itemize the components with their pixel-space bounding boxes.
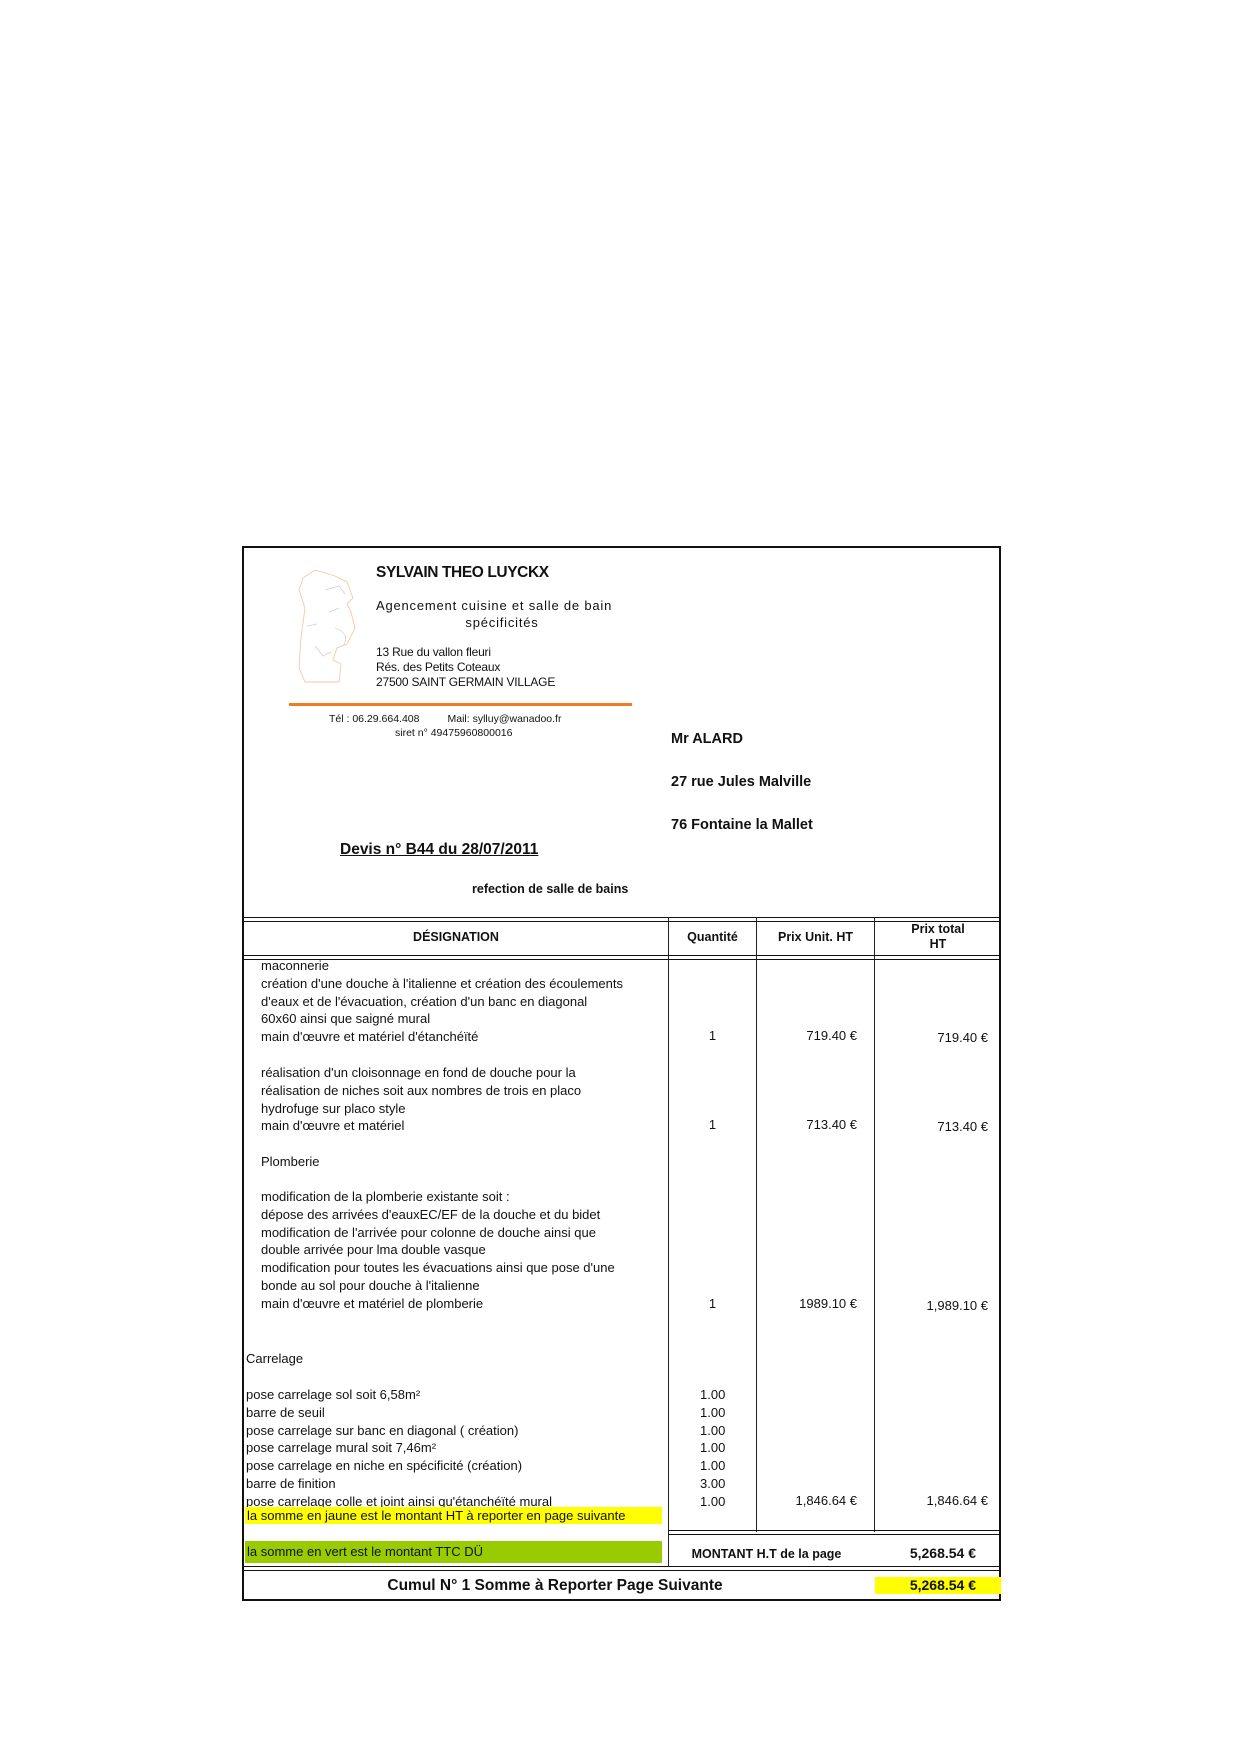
description-line: pose carrelage en niche en spécificité (…	[246, 1457, 552, 1475]
client-city: 76 Fontaine la Mallet	[671, 817, 813, 833]
description-line: double arrivée pour lma double vasque	[261, 1241, 615, 1259]
row-quantity: 3.00	[700, 1475, 725, 1493]
column-header-total: Prix total HT	[875, 922, 1001, 952]
column-header-total-line1: Prix total	[875, 922, 1001, 937]
client-street: 27 rue Jules Malville	[671, 774, 811, 790]
table-row-description: modification de la plomberie existante s…	[261, 1188, 615, 1313]
page-total-label: MONTANT H.T de la page	[668, 1547, 865, 1561]
cumul-rule	[244, 1566, 1001, 1571]
column-header-designation: DÉSIGNATION	[244, 930, 668, 944]
row-unit-price: 1,846.64 €	[757, 1493, 857, 1508]
row-unit-price: 1989.10 €	[757, 1296, 857, 1311]
column-header-unit-price: Prix Unit. HT	[757, 930, 874, 944]
description-line: réalisation de niches soit aux nombres d…	[261, 1082, 581, 1100]
description-line: main d'œuvre et matériel d'étanchéïté	[261, 1028, 623, 1046]
row-quantity: 1	[669, 1028, 756, 1043]
description-line: barre de seuil	[246, 1404, 552, 1422]
row-quantity: 1.00	[700, 1493, 725, 1511]
description-line: modification de l'arrivée pour colonne d…	[261, 1224, 615, 1242]
carrelage-quantities: 1.00 1.00 1.00 1.00 1.00 3.00 1.00	[700, 1386, 725, 1511]
row-quantity: 1	[669, 1117, 756, 1132]
description-line: création d'une douche à l'italienne et c…	[261, 975, 623, 993]
description-line: maconnerie	[261, 957, 623, 975]
company-contact: Tél : 06.29.664.408Mail: sylluy@wanadoo.…	[329, 713, 561, 725]
description-line: pose carrelage sur banc en diagonal ( cr…	[246, 1422, 552, 1440]
company-phone: Tél : 06.29.664.408	[329, 713, 420, 725]
description-line: dépose des arrivées d'eauxEC/EF de la do…	[261, 1206, 615, 1224]
description-line: hydrofuge sur placo style	[261, 1100, 581, 1118]
description-line: 60x60 ainsi que saigné mural	[261, 1010, 623, 1028]
description-line: bonde au sol pour douche à l'italienne	[261, 1277, 615, 1295]
table-row-description: maconnerie création d'une douche à l'ita…	[261, 957, 623, 1046]
row-total: 1,989.10 €	[875, 1298, 988, 1313]
subtotal-rule	[668, 1530, 1001, 1535]
row-quantity: 1.00	[700, 1457, 725, 1475]
company-tagline-2: spécificités	[376, 615, 628, 630]
cumul-value: 5,268.54 €	[868, 1577, 976, 1594]
column-header-quantity: Quantité	[669, 930, 756, 944]
row-quantity: 1.00	[700, 1422, 725, 1440]
company-name: SYLVAIN THEO LUYCKX	[376, 564, 549, 582]
cumul-label: Cumul N° 1 Somme à Reporter Page Suivant…	[245, 1577, 865, 1595]
description-line: pose carrelage sol soit 6,58m²	[246, 1386, 552, 1404]
company-address-line: 27500 SAINT GERMAIN VILLAGE	[376, 675, 555, 689]
row-total: 713.40 €	[875, 1119, 988, 1134]
description-line: d'eaux et de l'évacuation, création d'un…	[261, 993, 623, 1011]
row-quantity: 1.00	[700, 1386, 725, 1404]
note-yellow-ht: la somme en jaune est le montant HT à re…	[245, 1507, 662, 1524]
column-header-total-line2: HT	[875, 937, 1001, 952]
row-quantity: 1.00	[700, 1404, 725, 1422]
section-heading-plomberie: Plomberie	[261, 1153, 320, 1171]
page-total-value: 5,268.54 €	[868, 1545, 976, 1561]
row-total: 1,846.64 €	[875, 1493, 988, 1508]
company-address-line: Rés. des Petits Coteaux	[376, 660, 500, 674]
column-divider	[756, 917, 757, 1532]
row-quantity: 1.00	[700, 1439, 725, 1457]
table-row-description: réalisation d'un cloisonnage en fond de …	[261, 1064, 581, 1135]
company-tagline: Agencement cuisine et salle de bain	[376, 598, 612, 613]
section-heading-carrelage: Carrelage	[246, 1350, 303, 1368]
description-line: main d'œuvre et matériel de plomberie	[261, 1295, 615, 1313]
row-total: 719.40 €	[875, 1030, 988, 1045]
note-green-ttc: la somme en vert est le montant TTC DÜ	[245, 1541, 662, 1563]
row-quantity: 1	[669, 1296, 756, 1311]
description-line: barre de finition	[246, 1475, 552, 1493]
quote-title: Devis n° B44 du 28/07/2011	[340, 841, 538, 859]
description-line: modification de la plomberie existante s…	[261, 1188, 615, 1206]
quote-subject: refection de salle de bains	[472, 882, 628, 896]
company-address-line: 13 Rue du vallon fleuri	[376, 645, 491, 659]
company-mail: Mail: sylluy@wanadoo.fr	[448, 713, 562, 725]
stl-monogram-logo-icon	[295, 568, 375, 688]
column-divider	[668, 917, 669, 1532]
header-divider	[289, 703, 632, 706]
row-unit-price: 713.40 €	[757, 1117, 857, 1132]
company-siret: siret n° 49475960800016	[395, 727, 512, 739]
row-unit-price: 719.40 €	[757, 1028, 857, 1043]
description-line: main d'œuvre et matériel	[261, 1117, 581, 1135]
column-divider	[874, 917, 875, 1532]
carrelage-items: pose carrelage sol soit 6,58m² barre de …	[246, 1386, 552, 1511]
description-line: pose carrelage mural soit 7,46m²	[246, 1439, 552, 1457]
client-name: Mr ALARD	[671, 731, 743, 747]
description-line: modification pour toutes les évacuations…	[261, 1259, 615, 1277]
description-line: réalisation d'un cloisonnage en fond de …	[261, 1064, 581, 1082]
